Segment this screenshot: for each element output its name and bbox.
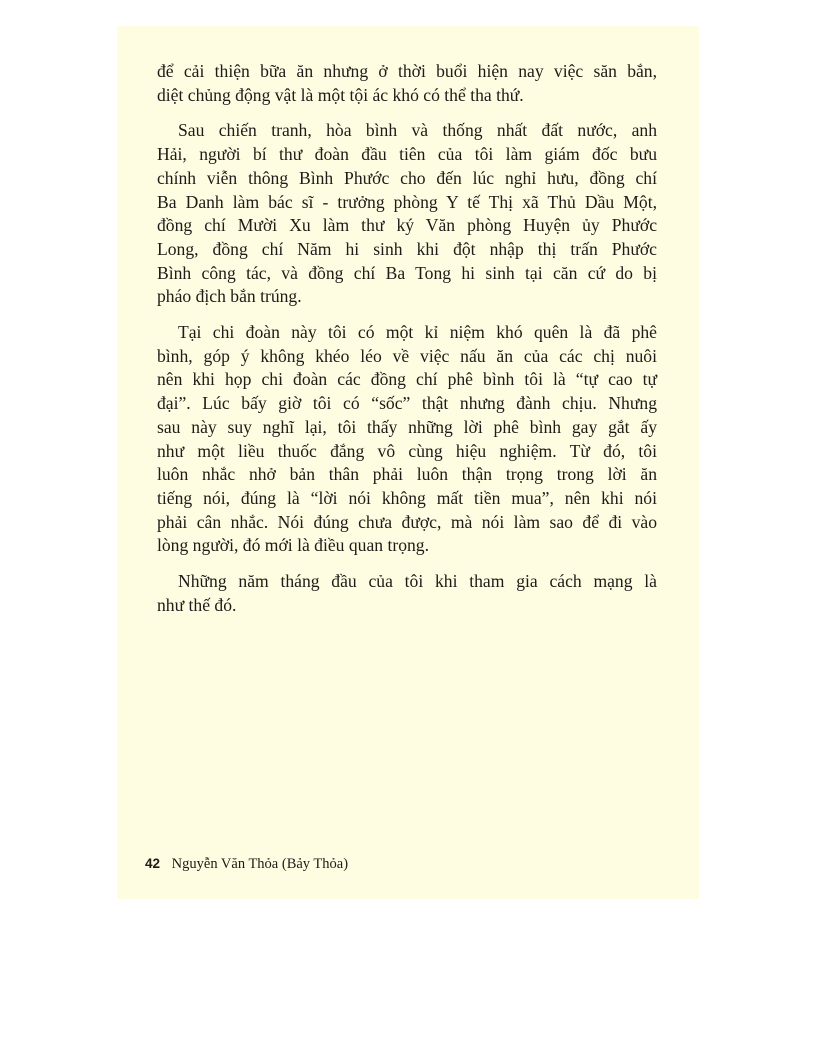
text-line: luôn nhắc nhở bản thân phải luôn thận tr… <box>157 463 657 487</box>
text-line: đồng chí Mười Xu làm thư ký Văn phòng Hu… <box>157 214 657 238</box>
text-line: sau này suy nghĩ lại, tôi thấy những lời… <box>157 416 657 440</box>
paragraph-1: để cải thiện bữa ăn nhưng ở thời buổi hi… <box>157 60 657 107</box>
page-footer: 42 Nguyễn Văn Thỏa (Bảy Thỏa) <box>145 856 348 873</box>
text-line: phải cân nhắc. Nói đúng chưa được, mà nó… <box>157 511 657 535</box>
text-line: Hải, người bí thư đoàn đầu tiên của tôi … <box>157 143 657 167</box>
running-title: Nguyễn Văn Thỏa (Bảy Thỏa) <box>172 856 348 872</box>
paragraph-4: Những năm tháng đầu của tôi khi tham gia… <box>157 570 657 617</box>
text-line: Ba Danh làm bác sĩ - trưởng phòng Y tế T… <box>157 191 657 215</box>
body-text: để cải thiện bữa ăn nhưng ở thời buổi hi… <box>157 60 657 629</box>
text-line: chính viễn thông Bình Phước cho đến lúc … <box>157 167 657 191</box>
text-line: bình, góp ý không khéo léo về việc nấu ă… <box>157 345 657 369</box>
text-line: để cải thiện bữa ăn nhưng ở thời buổi hi… <box>157 60 657 84</box>
text-line: tiếng nói, đúng là “lời nói không mất ti… <box>157 487 657 511</box>
text-line: nên khi họp chi đoàn các đồng chí phê bì… <box>157 368 657 392</box>
paragraph-3: Tại chi đoàn này tôi có một kỉ niệm khó … <box>157 321 657 558</box>
book-page: để cải thiện bữa ăn nhưng ở thời buổi hi… <box>117 26 699 899</box>
text-line: như một liều thuốc đắng vô cùng hiệu ngh… <box>157 440 657 464</box>
text-line: pháo địch bắn trúng. <box>157 285 657 309</box>
paragraph-2: Sau chiến tranh, hòa bình và thống nhất … <box>157 119 657 309</box>
text-line: như thế đó. <box>157 594 657 618</box>
text-line: diệt chủng động vật là một tội ác khó có… <box>157 84 657 108</box>
page-number: 42 <box>145 856 160 871</box>
text-line: lòng người, đó mới là điều quan trọng. <box>157 534 657 558</box>
text-line: Sau chiến tranh, hòa bình và thống nhất … <box>157 119 657 143</box>
text-line: Tại chi đoàn này tôi có một kỉ niệm khó … <box>157 321 657 345</box>
text-line: Bình công tác, và đồng chí Ba Tong hi si… <box>157 262 657 286</box>
text-line: Long, đồng chí Năm hi sinh khi đột nhập … <box>157 238 657 262</box>
text-line: đại”. Lúc bấy giờ tôi có “sốc” thật nhưn… <box>157 392 657 416</box>
text-line: Những năm tháng đầu của tôi khi tham gia… <box>157 570 657 594</box>
